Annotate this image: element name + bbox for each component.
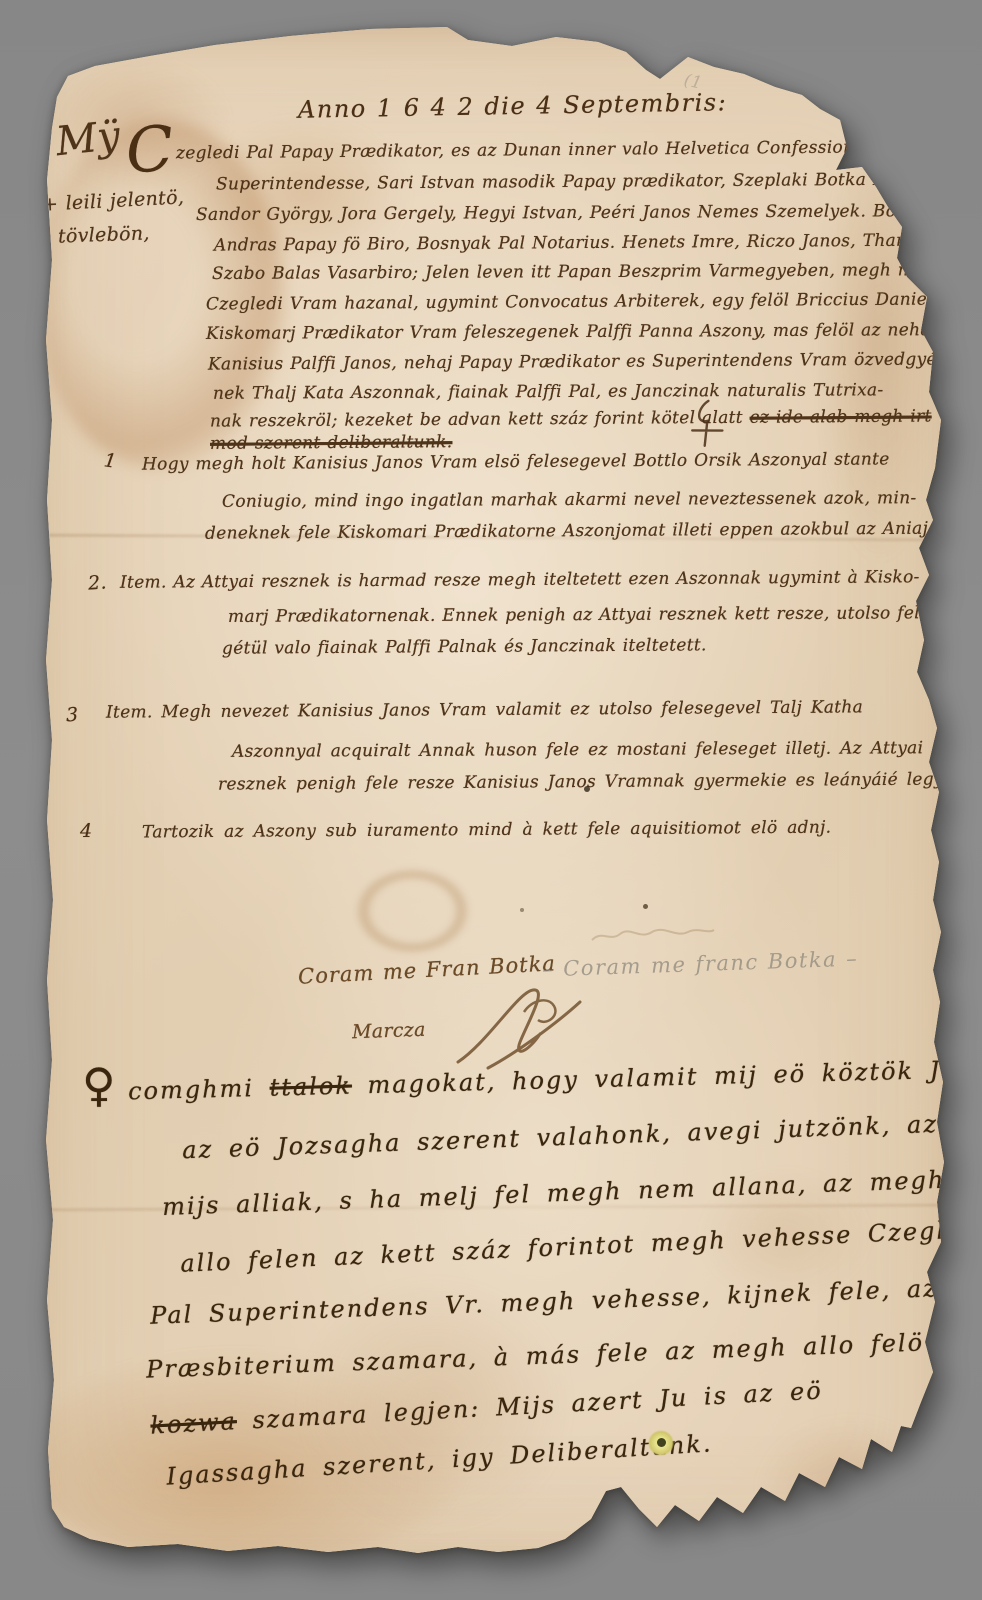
intro-line: Sandor György, Jora Gergely, Hegyi Istva…: [196, 201, 946, 225]
signature-flourish: [428, 982, 588, 1072]
item-number: 4: [80, 820, 92, 842]
insertion-mark: [687, 396, 728, 451]
ink-speck: [520, 908, 524, 912]
attestation-name: Marcza: [352, 1019, 426, 1044]
stain-blob: [355, 868, 470, 954]
closing-sign: ♀: [82, 1058, 116, 1112]
item-line: Aszonnyal acquiralt Annak huson fele ez …: [232, 738, 923, 762]
ink-speck: [584, 786, 590, 792]
paper-wrap: (1 Anno 1 6 4 2 die 4 Septembris: Mÿ + l…: [0, 0, 982, 1600]
intro-line: Szabo Balas Vasarbiro; Jelen leven itt P…: [212, 260, 967, 284]
intro-line: nek Thalj Kata Aszonnak, fiainak Palffi …: [213, 380, 884, 404]
item-number: 3: [65, 704, 79, 727]
faint-ink-scribble: [588, 922, 718, 948]
crossed-out-line: mod szerent deliberaltunk.: [210, 432, 453, 454]
intro-line: Kiskomarj Prædikator Vram feleszegenek P…: [206, 320, 936, 344]
intro-line-text: nak reszekröl; kezeket be advan kett szá…: [210, 408, 750, 432]
ink-speck: [643, 904, 648, 909]
item-number: 2.: [87, 571, 107, 594]
crossed-out-text: ez ide alab megh irt: [750, 406, 932, 427]
stain-blob: [760, 1420, 940, 1560]
item-line: Coniugio, mind ingo ingatlan marhak akar…: [222, 488, 917, 512]
item-line: gétül valo fiainak Palffi Palnak és Janc…: [222, 635, 707, 658]
paper-sheet: (1 Anno 1 6 4 2 die 4 Septembris: Mÿ + l…: [0, 0, 982, 1600]
closing-text: comghmi: [128, 1074, 270, 1106]
intro-initial-c: C: [126, 148, 174, 151]
seal-dot-center: [657, 1438, 666, 1447]
margin-note-my: Mÿ: [54, 113, 123, 165]
crossed-out-text: kozwa: [150, 1407, 238, 1439]
item-line: marj Prædikatornenak. Ennek penigh az At…: [228, 603, 956, 627]
crossed-out-text: ttalok: [269, 1072, 352, 1102]
margin-note-insert: tövlebön,: [58, 222, 150, 247]
manuscript-photo: (1 Anno 1 6 4 2 die 4 Septembris: Mÿ + l…: [0, 0, 982, 1600]
